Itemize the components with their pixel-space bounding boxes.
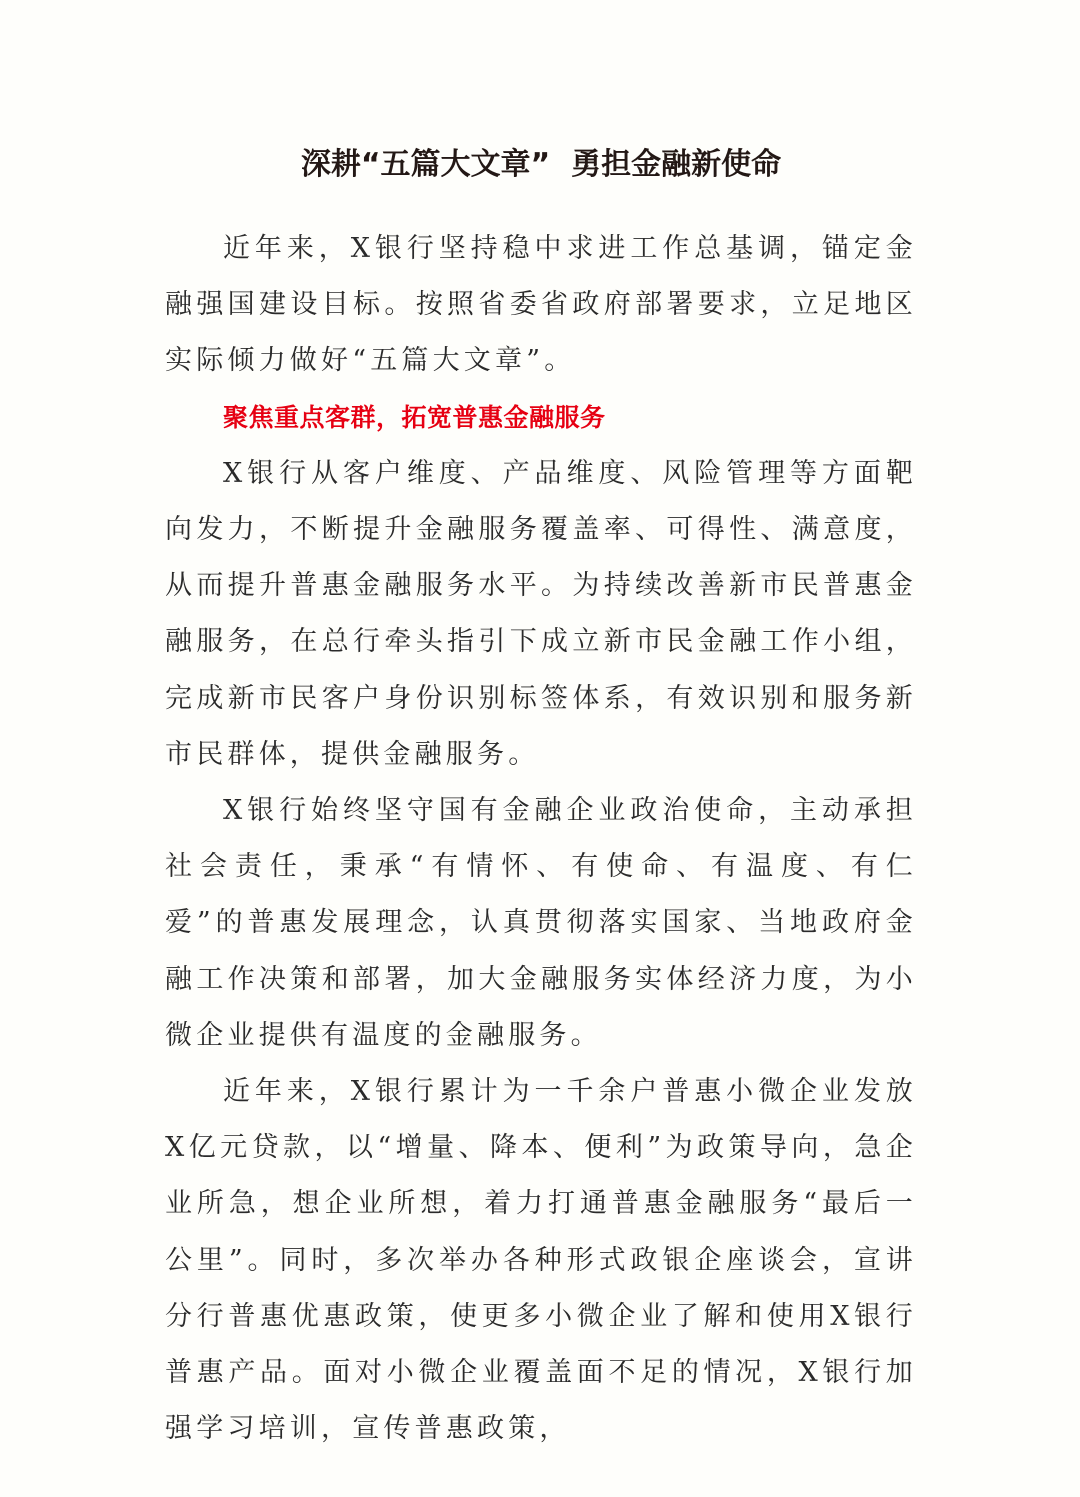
intro-paragraph: 近年来，X银行坚持稳中求进工作总基调，锚定金融强国建设目标。按照省委省政府部署要… <box>165 221 917 390</box>
section-subheading: 聚焦重点客群，拓宽普惠金融服务 <box>165 390 917 446</box>
body-paragraph: X银行从客户维度、产品维度、风险管理等方面靶向发力，不断提升金融服务覆盖率、可得… <box>165 446 917 783</box>
document-body: 近年来，X银行坚持稳中求进工作总基调，锚定金融强国建设目标。按照省委省政府部署要… <box>165 221 917 1457</box>
document-title: 深耕“五篇大文章” 勇担金融新使命 <box>165 140 917 190</box>
body-paragraph: X银行始终坚守国有金融企业政治使命，主动承担社会责任，秉承“有情怀、有使命、有温… <box>165 783 917 1064</box>
body-paragraph: 近年来，X银行累计为一千余户普惠小微企业发放X亿元贷款，以“增量、降本、便利”为… <box>165 1064 917 1457</box>
